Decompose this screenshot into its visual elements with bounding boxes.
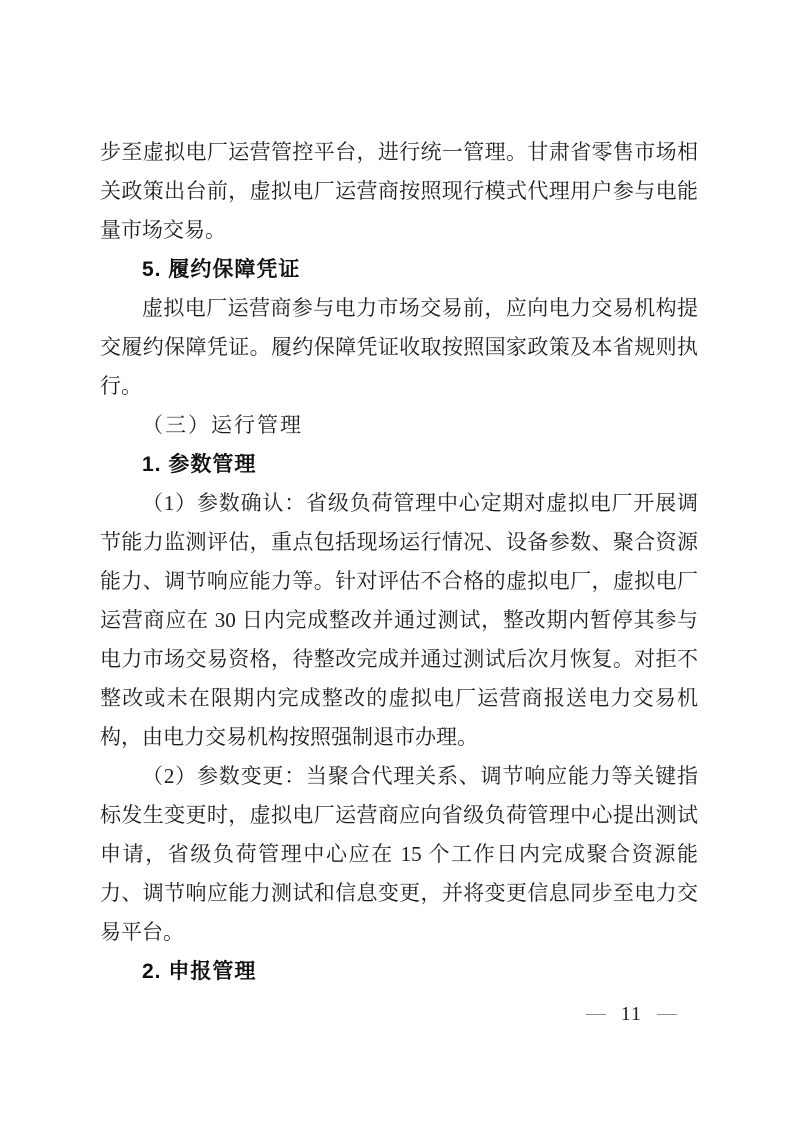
page-number: 11	[621, 1004, 642, 1024]
body-paragraph: 虚拟电厂运营商参与电力市场交易前，应向电力交易机构提交履约保障凭证。履约保障凭证…	[100, 289, 698, 406]
document-body: 步至虚拟电厂运营管控平台，进行统一管理。甘肃省零售市场相关政策出台前，虚拟电厂运…	[100, 133, 698, 991]
section-heading: （三）运行管理	[100, 406, 698, 445]
page-footer: — 11 —	[586, 1004, 677, 1024]
clause-heading: 2. 申报管理	[100, 952, 698, 991]
footer-dash-right: —	[657, 1003, 677, 1023]
clause-heading: 5. 履约保障凭证	[100, 250, 698, 289]
document-page: 步至虚拟电厂运营管控平台，进行统一管理。甘肃省零售市场相关政策出台前，虚拟电厂运…	[0, 0, 800, 1131]
body-paragraph: （1）参数确认：省级负荷管理中心定期对虚拟电厂开展调节能力监测评估，重点包括现场…	[100, 484, 698, 757]
body-paragraph: 步至虚拟电厂运营管控平台，进行统一管理。甘肃省零售市场相关政策出台前，虚拟电厂运…	[100, 133, 698, 250]
footer-dash-left: —	[586, 1003, 606, 1023]
body-paragraph: （2）参数变更：当聚合代理关系、调节响应能力等关键指标发生变更时，虚拟电厂运营商…	[100, 757, 698, 952]
clause-heading: 1. 参数管理	[100, 445, 698, 484]
